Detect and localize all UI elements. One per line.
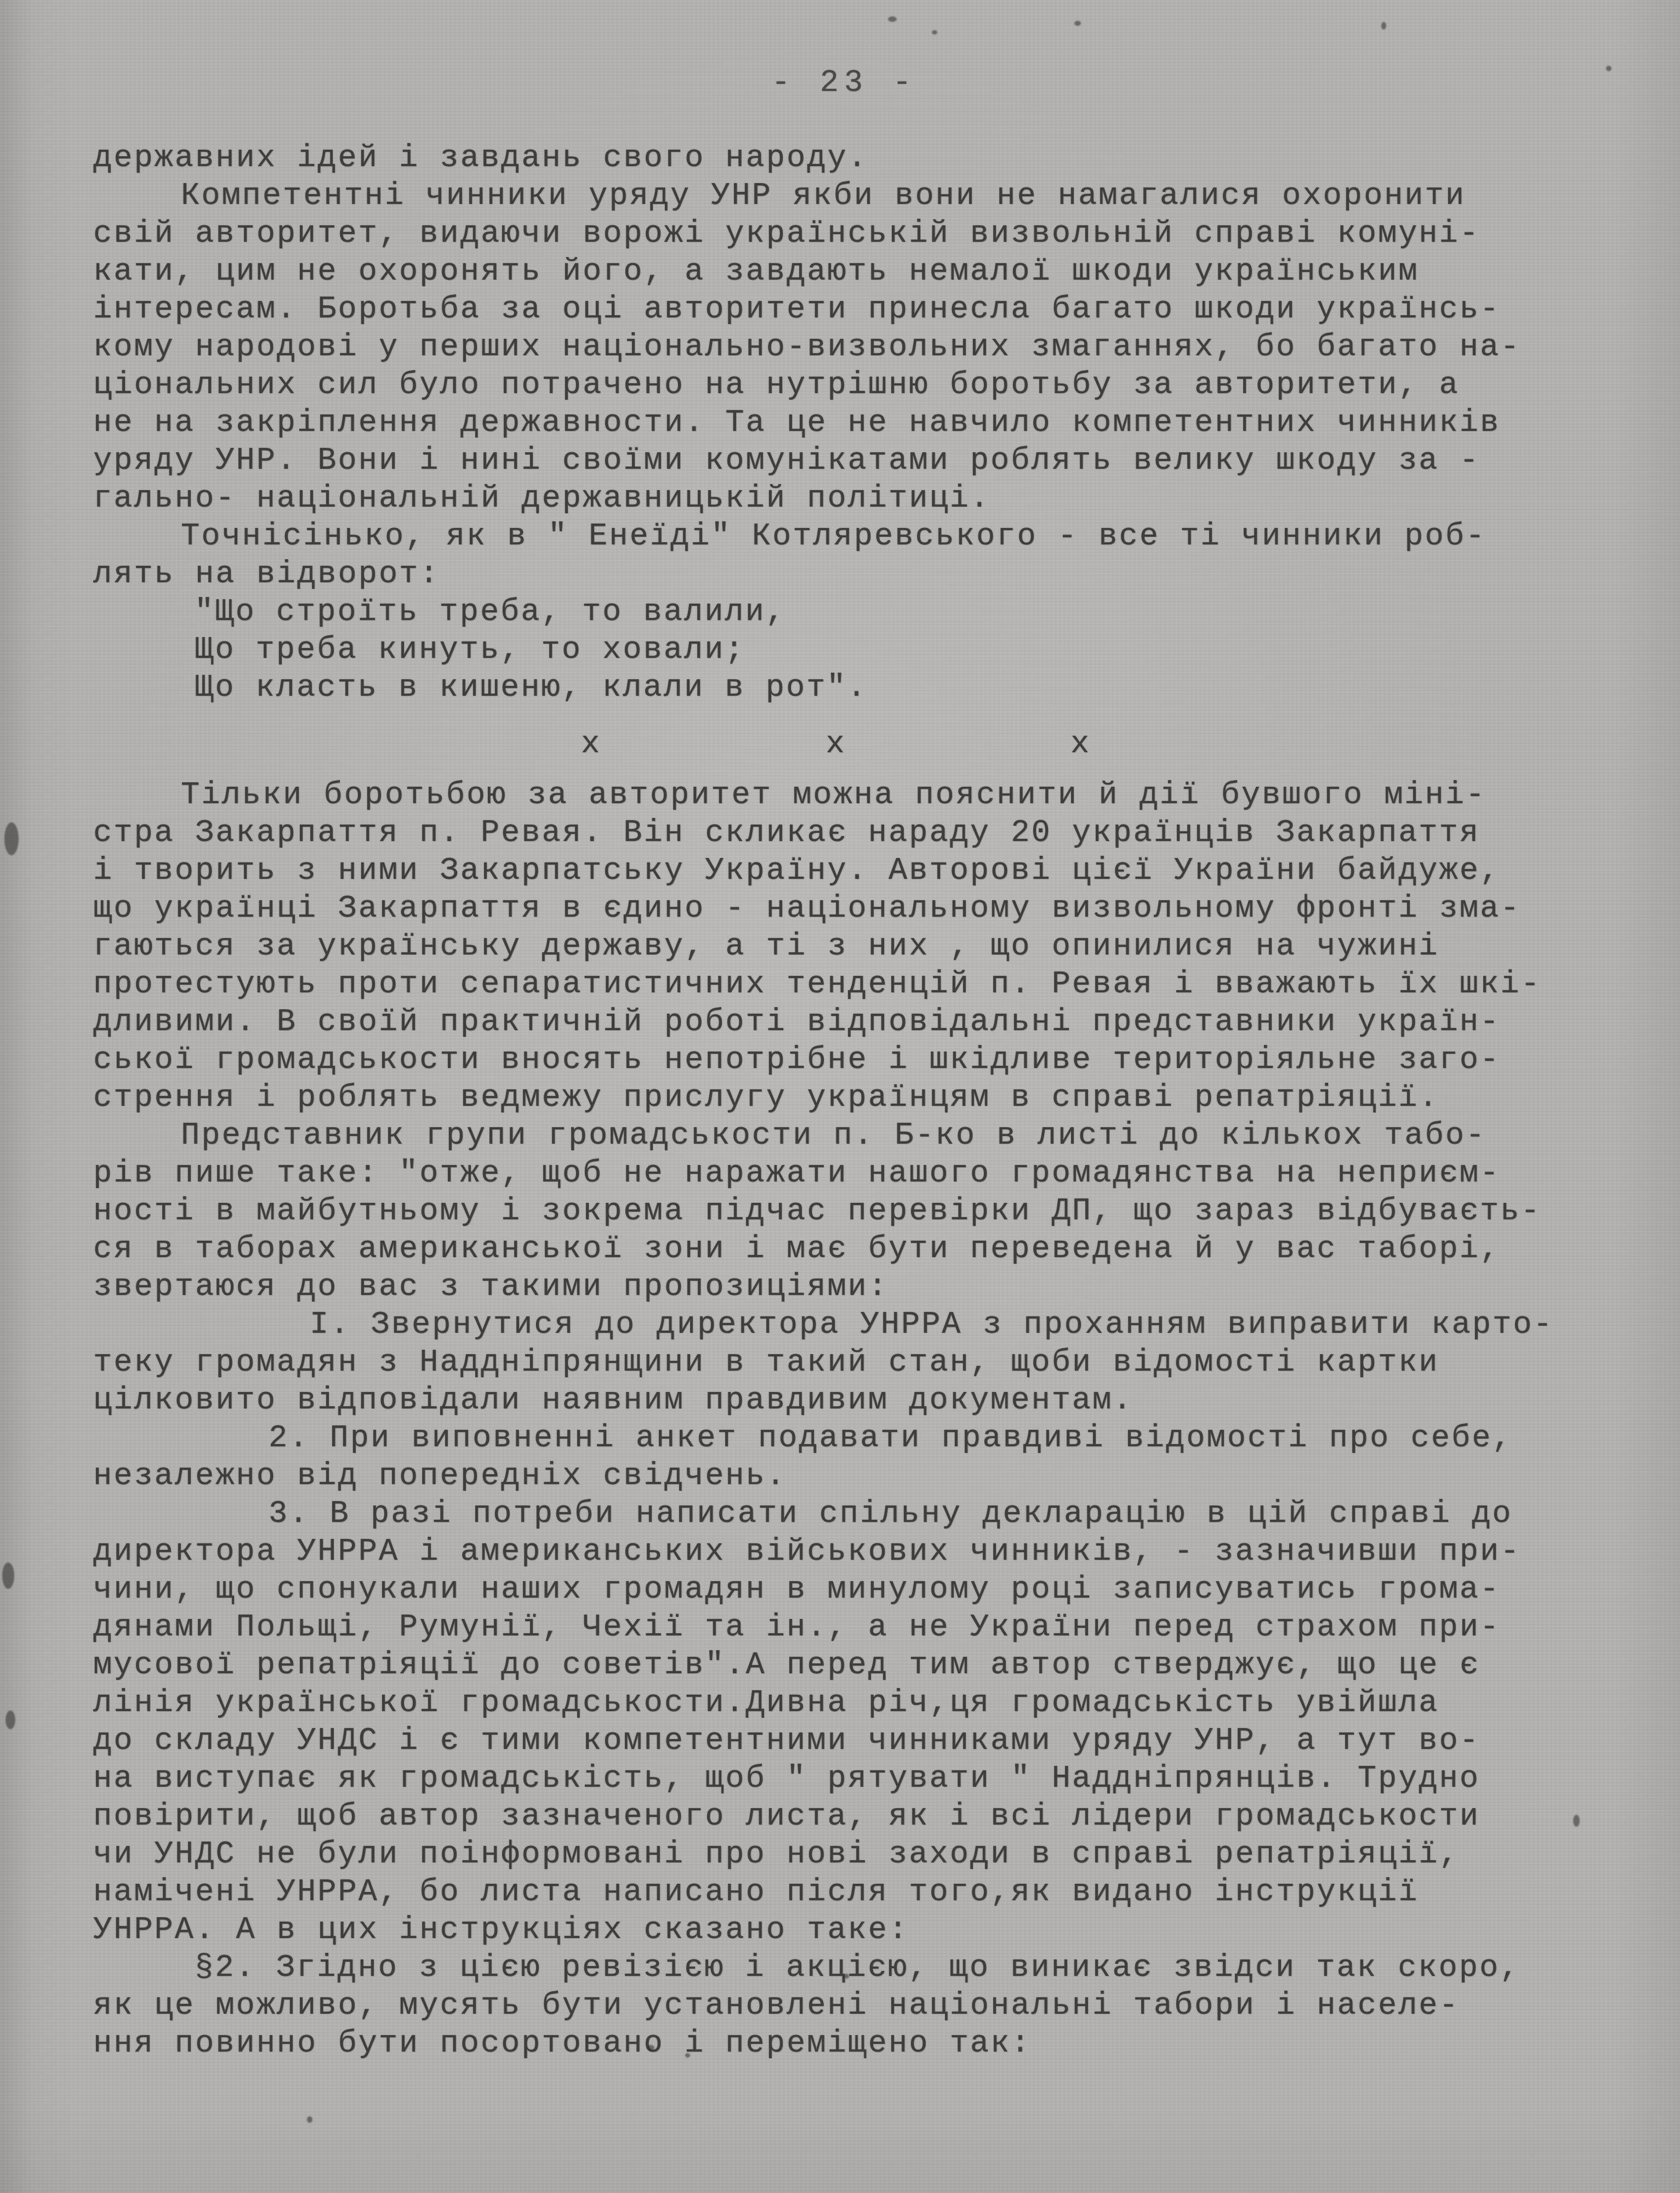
text-line: чини, що спонукали наших громадян в мину… [93, 1571, 1595, 1609]
text-line: повірити, щоб автор зазначеного листа, я… [93, 1798, 1595, 1836]
scan-speck [4, 822, 19, 855]
text-line: гально- національній державницькій політ… [93, 480, 1595, 518]
text-line: Точнісінько, як в " Енеїді" Котляревсько… [93, 518, 1595, 556]
scan-speck [647, 2045, 654, 2050]
text-line: не на закріплення державности. Та це не … [93, 405, 1595, 442]
text-line: інтересам. Боротьба за оці авторитети пр… [93, 291, 1595, 329]
text-line: І. Звернутися до директора УНРРА з проха… [93, 1306, 1595, 1344]
text-line: 3. В разі потреби написати спільну декла… [93, 1496, 1595, 1533]
text-line: ціональних сил було потрачено на нутрішн… [93, 367, 1595, 405]
text-line: ння повинно бути посортовано і переміщен… [93, 2025, 1595, 2063]
text-line: що українці Закарпаття в єдино - націона… [93, 890, 1595, 928]
scan-speck [844, 1974, 849, 1979]
text-line: ся в таборах американської зони і має бу… [93, 1231, 1595, 1269]
text-line: дливими. В своїй практичній роботі відпо… [93, 1004, 1595, 1042]
scan-speck [1074, 21, 1081, 26]
scan-speck [685, 2053, 690, 2058]
scan-speck [1381, 22, 1386, 30]
text-line: Що класть в кишеню, клали в рот". [93, 669, 1595, 707]
text-line: Компетентні чинники уряду УНР якби вони … [93, 178, 1595, 215]
text-line: УНРРА. А в цих інструкціях сказано таке: [93, 1912, 1595, 1950]
text-line: чи УНДС не були поінформовані про нові з… [93, 1836, 1595, 1874]
text-line: рів пише таке: "отже, щоб не наражати на… [93, 1155, 1595, 1193]
section-separator: х х х [93, 726, 1595, 764]
scan-speck [888, 16, 897, 22]
scan-speck [1573, 1815, 1580, 1827]
text-line: уряду УНР. Вони і нині своїми комуніката… [93, 442, 1595, 480]
document-text-block: державних ідей і завдань свого народу.Ко… [93, 140, 1595, 2063]
scan-speck [1606, 66, 1611, 71]
scan-speck [2, 1563, 14, 1589]
text-line: державних ідей і завдань свого народу. [93, 140, 1595, 178]
text-line: стра Закарпаття п. Ревая. Він скликає на… [93, 815, 1595, 853]
text-line: гаються за українську державу, а ті з ни… [93, 928, 1595, 966]
typewritten-content: - 23 - державних ідей і завдань свого на… [93, 65, 1595, 2063]
text-line: стрення і роблять ведмежу прислугу украї… [93, 1080, 1595, 1117]
text-line: і творить з ними Закарпатську Україну. А… [93, 853, 1595, 890]
text-line: ської громадськости вносять непотрібне і… [93, 1042, 1595, 1080]
text-line: як це можливо, мусять бути установлені н… [93, 1987, 1595, 2025]
text-line: до складу УНДС і є тими компетентними чи… [93, 1723, 1595, 1760]
scan-speck [932, 30, 937, 35]
text-line: звертаюся до вас з такими пропозиціями: [93, 1269, 1595, 1306]
text-line: незалежно від попередніх свідчень. [93, 1458, 1595, 1496]
text-line: Що треба кинуть, то ховали; [93, 632, 1595, 669]
text-line: мусової репатріяції до советів".А перед … [93, 1647, 1595, 1685]
text-line: намічені УНРРА, бо листа написано після … [93, 1874, 1595, 1912]
text-line: Представник групи громадськости п. Б-ко … [93, 1117, 1595, 1155]
scanned-document-page: - 23 - державних ідей і завдань свого на… [0, 0, 1680, 2193]
text-line: цілковито відповідали наявним правдивим … [93, 1382, 1595, 1420]
text-line: кому народові у перших національно-визво… [93, 329, 1595, 367]
text-line: директора УНРРА і американських військов… [93, 1533, 1595, 1571]
text-line: лять на відворот: [93, 556, 1595, 594]
text-line: 2. При виповненні анкет подавати правдив… [93, 1420, 1595, 1458]
scan-speck [5, 1711, 15, 1729]
text-line: кати, цим не охоронять його, а завдають … [93, 253, 1595, 291]
text-line: лінія української громадськости.Дивна рі… [93, 1685, 1595, 1723]
text-line: протестують проти сепаратистичних тенден… [93, 966, 1595, 1004]
text-line: дянами Польщі, Румунії, Чехії та ін., а … [93, 1609, 1595, 1647]
text-line: Тільки боротьбою за авторитет можна пояс… [93, 777, 1595, 815]
text-line: теку громадян з Наддніпрянщини в такий с… [93, 1344, 1595, 1382]
text-line: "Що строїть треба, то валили, [93, 594, 1595, 632]
text-line: ності в майбутньому і зокрема підчас пер… [93, 1193, 1595, 1231]
page-number: - 23 - [93, 65, 1595, 103]
text-line: §2. Згідно з цією ревізією і акцією, що … [93, 1950, 1595, 1987]
text-line: свій авторитет, видаючи ворожі українськ… [93, 215, 1595, 253]
text-line: на виступає як громадськість, щоб " ряту… [93, 1760, 1595, 1798]
scan-speck [307, 2116, 312, 2123]
